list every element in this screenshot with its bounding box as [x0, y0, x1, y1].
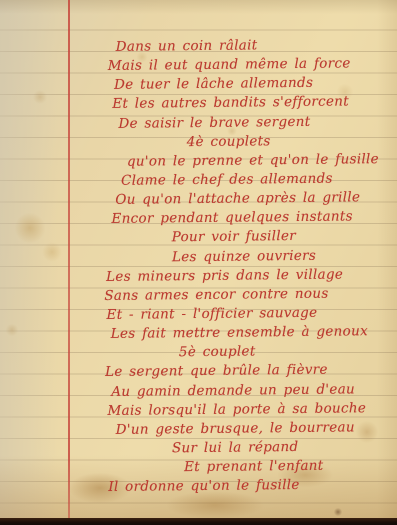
manuscript-line: Il ordonne qu'on le fusille: [108, 475, 397, 497]
manuscript-line: Les fait mettre ensemble à genoux: [111, 322, 397, 344]
notebook-photo: Dans un coin râlait Mais il eut quand mê…: [0, 0, 397, 525]
photo-bottom-edge: [0, 518, 397, 525]
couplet-heading: 4è couplets: [187, 131, 396, 152]
couplet-heading: 5è couplet: [179, 341, 397, 362]
manuscript-line: Et prenant l'enfant: [184, 456, 397, 477]
manuscript-line: Ou qu'on l'attache après la grille: [115, 188, 396, 210]
manuscript-line: Pour voir fusiller: [172, 226, 397, 247]
manuscript-line: Sur lui la répand: [172, 437, 397, 459]
manuscript-line: D'un geste brusque, le bourreau: [116, 418, 397, 440]
handwritten-text-block: Dans un coin râlait Mais il eut quand mê…: [0, 35, 397, 499]
manuscript-line: Les quinze ouvriers: [172, 245, 397, 266]
manuscript-line: Au gamin demande un peu d'eau: [111, 379, 397, 401]
manuscript-line: qu'on le prenne et qu'on le fusille: [127, 150, 396, 172]
